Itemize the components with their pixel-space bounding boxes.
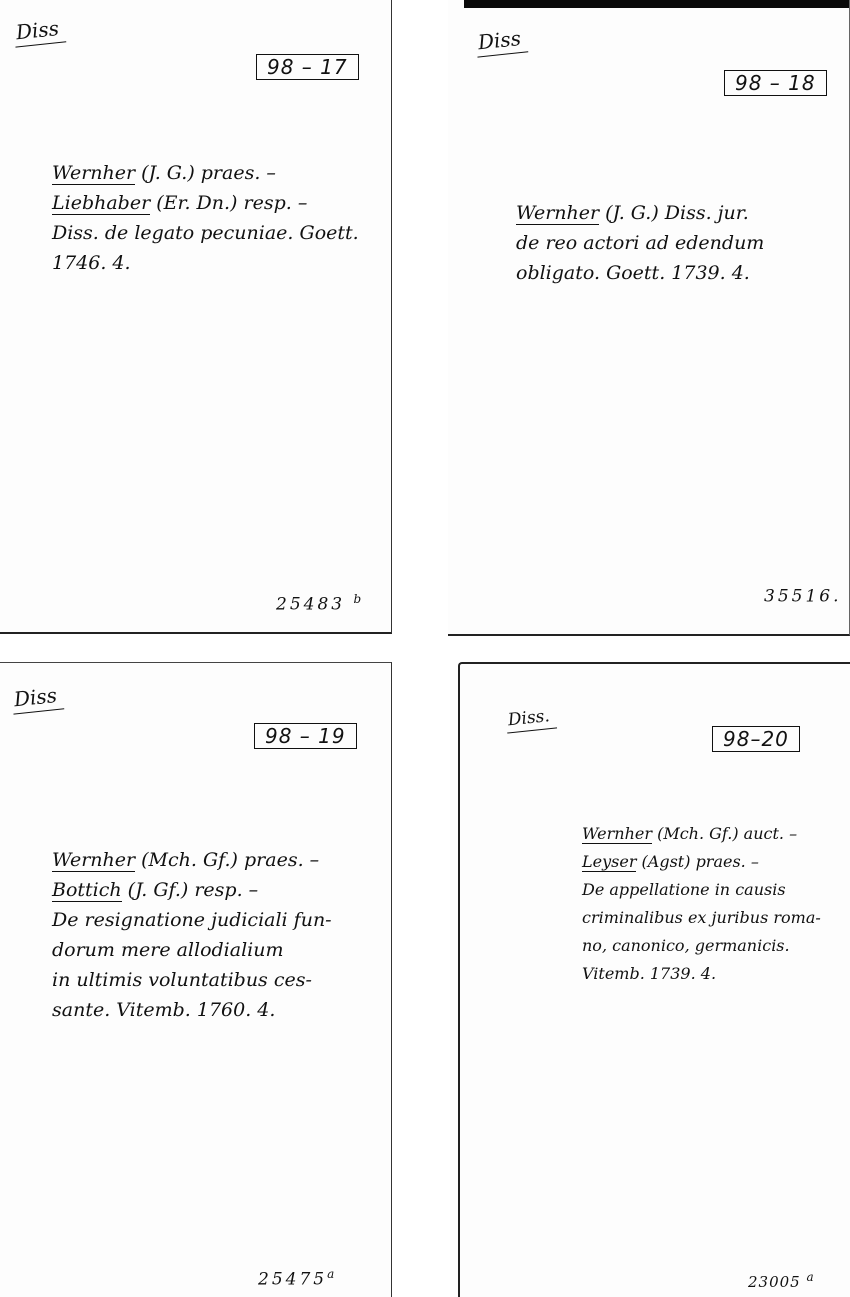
entry-line: Wernher (Mch. Gf.) praes. – [52,845,332,875]
author-name: Wernher [516,202,599,225]
accession-number: 25483 b [276,592,361,615]
entry-line: Wernher (Mch. Gf.) auct. – [582,820,821,848]
accession-number: 25475a [258,1267,334,1290]
entry-line: Wernher (J. G.) praes. – [52,158,359,188]
bibliographic-entry: Wernher (J. G.) Diss. jur. de reo actori… [516,198,764,288]
category-label: Diss [13,15,67,47]
entry-line: 1746. 4. [52,248,359,278]
respondent-name: Liebhaber [52,192,150,215]
catalog-card-98-20: Diss. 98–20 Wernher (Mch. Gf.) auct. – L… [458,662,850,1297]
author-name: Wernher [52,849,135,872]
bibliographic-entry: Wernher (Mch. Gf.) praes. – Bottich (J. … [52,845,332,1025]
entry-line: dorum mere allodialium [52,935,332,965]
accession-number: 35516. [764,584,841,607]
catalog-card-98-18: Diss 98 – 18 Wernher (J. G.) Diss. jur. … [448,0,850,636]
entry-line: Wernher (J. G.) Diss. jur. [516,198,764,228]
entry-line: no, canonico, germanicis. [582,932,821,960]
call-number: 98 – 17 [256,54,359,80]
catalog-card-98-17: Diss 98 – 17 Wernher (J. G.) praes. – Li… [0,0,392,634]
author-name: Wernher [52,162,135,185]
entry-line: De resignatione judiciali fun- [52,905,332,935]
entry-line: De appellatione in causis [582,876,821,904]
entry-line: Leyser (Agst) praes. – [582,848,821,876]
entry-line: Vitemb. 1739. 4. [582,960,821,988]
entry-line: Diss. de legato pecuniae. Goett. [52,218,359,248]
entry-line: Bottich (J. Gf.) resp. – [52,875,332,905]
accession-number: 23005 a [748,1270,814,1291]
bibliographic-entry: Wernher (J. G.) praes. – Liebhaber (Er. … [52,158,359,278]
catalog-card-98-19: Diss 98 – 19 Wernher (Mch. Gf.) praes. –… [0,662,392,1297]
respondent-name: Bottich [52,879,122,902]
card-top-edge [464,0,849,8]
category-label: Diss. [505,705,557,733]
entry-line: sante. Vitemb. 1760. 4. [52,995,332,1025]
category-label: Diss [475,25,529,57]
author-name: Wernher [582,824,652,844]
entry-line: de reo actori ad edendum [516,228,764,258]
bibliographic-entry: Wernher (Mch. Gf.) auct. – Leyser (Agst)… [582,820,821,988]
entry-line: in ultimis voluntatibus ces- [52,965,332,995]
entry-line: criminalibus ex juribus roma- [582,904,821,932]
entry-line: obligato. Goett. 1739. 4. [516,258,764,288]
call-number: 98–20 [712,726,800,752]
call-number: 98 – 19 [254,723,357,749]
entry-line: Liebhaber (Er. Dn.) resp. – [52,188,359,218]
call-number: 98 – 18 [724,70,827,96]
praeses-name: Leyser [582,852,636,872]
category-label: Diss [11,682,65,714]
